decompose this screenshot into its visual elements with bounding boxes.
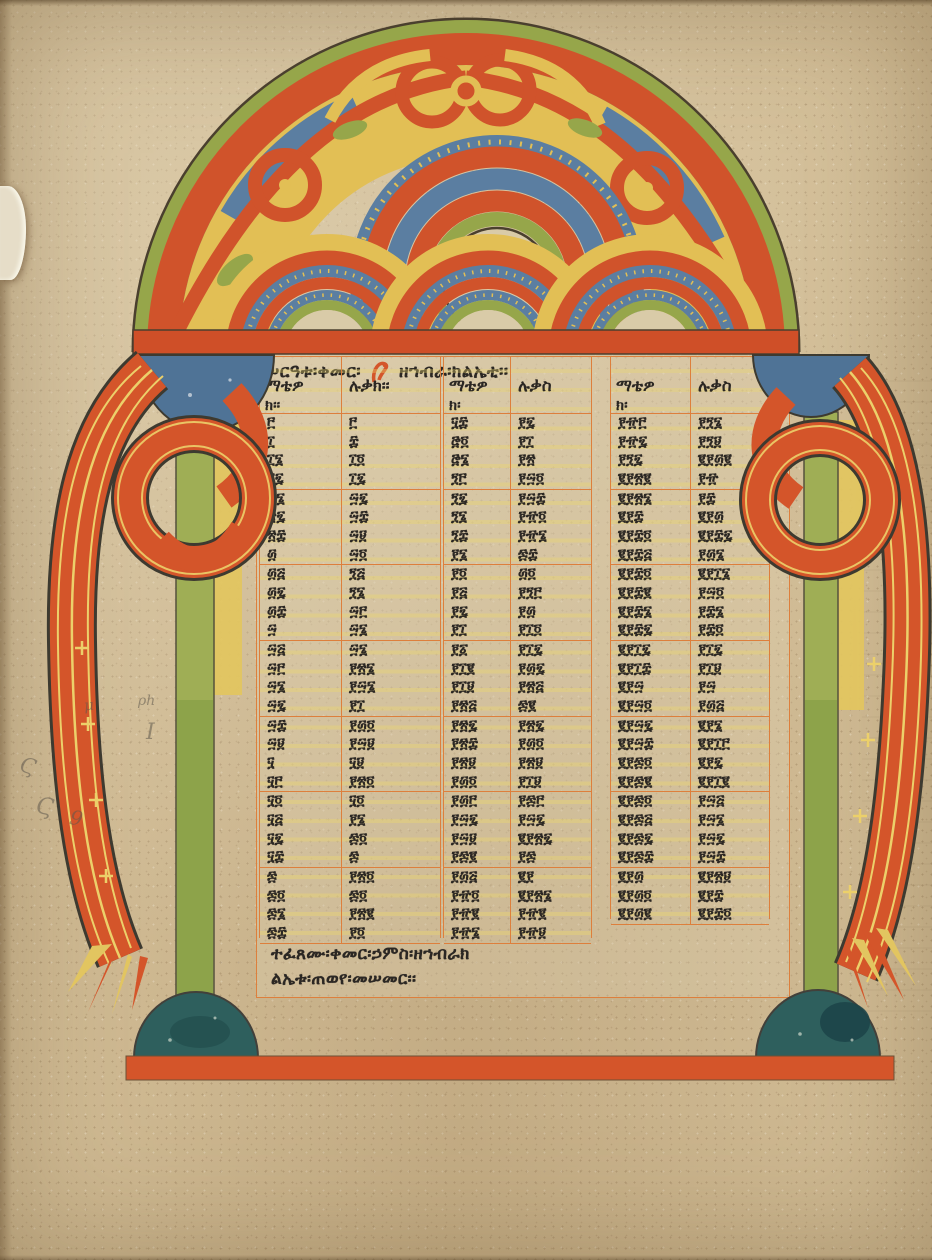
canon-row-group: ፪፻፰፬፪፻፲፮፪፻፰፪፻፵፬፪፻፰፮፻፰፮፪፻፰፯፻፰፬ [611, 565, 769, 641]
canon-row: ፻፯፻፴ [444, 603, 591, 622]
canon-cell-luke: ፻፴፬ [511, 735, 591, 754]
canon-cell-luke: ፪፻፰፯ [691, 527, 769, 546]
canon-cell-luke: ፻፲፯ [511, 641, 591, 660]
canon-cell-luke: ፷ [342, 848, 440, 867]
canon-cell-matthew: ፪፻፰፬ [611, 527, 691, 546]
canon-row: ፻፲፪፻፴፯ [444, 660, 591, 679]
canon-cell-matthew: ፶፯ [260, 830, 342, 849]
canon-cell-luke: ፻፴ [511, 603, 591, 622]
evangelist-luke-label: ሉቃክ፡፡ [342, 357, 390, 413]
canon-cell-luke: ፷፬ [342, 887, 440, 906]
canon-cell-luke: ፪፻፲፫ [691, 735, 769, 754]
canon-row: ፷፰፻፬ [260, 924, 440, 943]
canon-row-group: ፶፰፻፯፸፬፻፲፸፮፻፳፺፫፻፵፬ [444, 414, 591, 490]
canon-cell-luke: ፵፮ [342, 621, 440, 640]
canon-row-group: ፶፬፶፬፶፭፻፮፶፯፷፬፶፰፷ [260, 792, 440, 868]
canon-cell-luke: ፻፵፭ [691, 792, 769, 811]
canon-cell-matthew: ፫ [260, 414, 342, 433]
canon-row: ፺፰፻፹፮ [444, 527, 591, 546]
canon-row: ፺፫፻፵፬ [444, 470, 591, 489]
canon-cell-matthew: ፻፹፬ [444, 887, 511, 906]
canon-row: ፻፷፪፻፷ [444, 848, 591, 867]
canon-cell-matthew: ፪፻፰፭ [611, 546, 691, 565]
lintel-beam [133, 330, 799, 354]
canon-row: ፪፻፵፬፻፴፭ [611, 697, 769, 716]
canon-cell-luke: ፻፵ [691, 678, 769, 697]
canon-cell-luke: ፫ [342, 414, 440, 433]
canon-cell-matthew: ፻፹፪ [444, 905, 511, 924]
canon-row: ፪፻፵፰፪፻፲፫ [611, 735, 769, 754]
pair-1-header: ማቴዎ ክ፡፡ ሉቃክ፡፡ [260, 357, 440, 414]
evangelist-matthew-label: ማቴዎ ክ፡፡ [260, 357, 342, 413]
canon-cell-matthew: ፶፰ [260, 848, 342, 867]
colophon-line-2: ልኤቱ፡ጠወየ፡መሠመር፡፡ [271, 967, 470, 992]
evangelist-matthew-label: ማቴዎ ክ፡ [611, 357, 691, 413]
canon-cell-matthew: ፻፹፫ [611, 414, 691, 433]
pencil-marginalia: Ϛ [17, 752, 38, 779]
canon-cell-matthew: ፻፬ [444, 565, 511, 584]
canon-row: ፻፹፫፻፺፮ [611, 414, 769, 433]
canon-pair-column-1: ማቴዎ ክ፡፡ ሉቃክ፡፡ ፫፫፲፰፲፮፲፬፲፯፲፯፳፮፵፯፳፯፵፰፳፰፵፱፴፵… [259, 357, 441, 938]
canon-cell-matthew: ፺፫ [444, 470, 511, 489]
canon-row-group: ፪፻፲፯፻፲፯፪፻፲፰፻፲፱፪፻፵፻፵፪፻፵፬፻፴፭ [611, 641, 769, 717]
canon-row: ፪፻፳፮፻፰ [611, 490, 769, 509]
canon-cell-luke: ፷፬ [342, 830, 440, 849]
canon-row: ፶፯፷፬ [260, 830, 440, 849]
canon-cell-matthew: ፻፴፫ [444, 792, 511, 811]
canon-cell-matthew: ፵፭ [260, 641, 342, 660]
canon-row-group: ፻፴፫፻፷፫፻፵፯፻፵፯፻፵፱፪፻፳፯፻፷፪፻፷ [444, 792, 591, 868]
canon-row: ፵፫፻፳፮ [260, 660, 440, 679]
canon-cell-matthew: ፴፰ [260, 603, 342, 622]
canon-cell-luke: ፻፷፫ [511, 792, 591, 811]
left-capital-dome [139, 355, 274, 432]
canon-cell-matthew: ፪፻፵፬ [611, 697, 691, 716]
canon-cell-luke: ፻፹፪ [511, 905, 591, 924]
canon-row-group: ፪፻፵፯፪፻፮፪፻፵፰፪፻፲፫፪፻፷፬፪፻፯፪፻፷፪፪፻፲፪ [611, 717, 769, 793]
canon-cell-luke: ፵፯ [342, 490, 440, 509]
canon-cell-matthew: ፪፻፷፬ [611, 792, 691, 811]
canon-row: ፪፻፷፭፻፵፮ [611, 811, 769, 830]
canon-cell-luke: ፪፻ [511, 868, 591, 887]
canon-cell-matthew: ፷፰ [260, 924, 342, 943]
canon-cell-luke: ፻፳፪ [342, 905, 440, 924]
canon-row: ፪፻፷፬፻፵፭ [611, 792, 769, 811]
canon-row: ፴፵፬ [260, 546, 440, 565]
canon-cell-matthew: ፸፬ [444, 433, 511, 452]
canon-row: ፵፮፻፵፮ [260, 678, 440, 697]
canon-row: ፸፬፻፲ [444, 433, 591, 452]
canon-row: ፻፴፬፻፲፱ [444, 773, 591, 792]
canon-cell-luke: ፻፲፱ [691, 660, 769, 679]
canon-cell-luke: ፻፰፬ [691, 621, 769, 640]
canon-cell-luke: ፻፮ [342, 811, 440, 830]
canon-row: ፻፮፷፰ [444, 546, 591, 565]
canon-row: ፵፰፻፴፬ [260, 717, 440, 736]
canon-row: ፴፰፵፫ [260, 603, 440, 622]
canon-cell-matthew: ፳፯ [260, 508, 342, 527]
canon-cell-matthew: ፪፻፳፪ [611, 470, 691, 489]
canon-row: ፻፺፯፪፻፴፪ [611, 451, 769, 470]
canon-cell-luke: ፻፺፱ [691, 433, 769, 452]
canon-cell-luke: ፴፬ [511, 565, 591, 584]
canon-row: ፪፻፲፰፻፲፱ [611, 660, 769, 679]
canon-cell-luke: ፻፵፯ [511, 811, 591, 830]
canon-cell-matthew: ፪፻፵ [611, 678, 691, 697]
canon-cell-luke: ፶፱ [342, 754, 440, 773]
pair-2-header: ማቴዎ ክ፡ ሉቃስ [444, 357, 591, 414]
canon-cell-matthew: ፪፻፷፪ [611, 773, 691, 792]
canon-cell-matthew: ፺፯ [444, 490, 511, 509]
canon-cell-luke: ፶፬ [342, 792, 440, 811]
canon-row: ፲፯፲፯ [260, 470, 440, 489]
canon-cell-luke: ፻፴፬ [342, 717, 440, 736]
canon-cell-luke: ፷፰ [511, 546, 591, 565]
canon-cell-matthew: ፻፳፯ [444, 717, 511, 736]
canon-cell-matthew: ፪፻፰፯ [611, 621, 691, 640]
canon-row: ፶፫፻፳፬ [260, 773, 440, 792]
canon-row: ፻፵፯፻፵፯ [444, 811, 591, 830]
canon-row-group: ፻፳፯፻፳፯፻፳፰፻፴፬፻፳፱፻፳፱፻፴፬፻፲፱ [444, 717, 591, 793]
canon-cell-matthew: ፶፰ [444, 414, 511, 433]
canon-cell-luke: ፪፻፰፬ [691, 905, 769, 924]
pencil-marginalia: μ [83, 696, 95, 715]
canon-row: ፻፬፴፬ [444, 565, 591, 584]
evangelist-luke-label: ሉቃስ [511, 357, 552, 413]
canon-cell-luke: ፵፮ [342, 641, 440, 660]
canon-row: ፪፻፲፯፻፲፯ [611, 641, 769, 660]
canon-row-group: ፷፻፳፬፷፬፷፬፷፮፻፳፪፷፰፻፬ [260, 868, 440, 944]
canon-cell-luke: ፻፳ [511, 451, 591, 470]
canon-row: ፪፻፷፯፻፵፯ [611, 830, 769, 849]
canon-cell-matthew: ፪፻፷፯ [611, 830, 691, 849]
canon-row: ፻፴፭፪፻ [444, 868, 591, 887]
canon-cell-luke: ፪፻፰ [691, 887, 769, 906]
canon-cell-matthew: ፪፻፲፯ [611, 641, 691, 660]
canon-cell-luke: ፻፵፰ [511, 490, 591, 509]
canon-cell-luke: ፻፴፮ [691, 546, 769, 565]
canon-cell-matthew: ፻፮ [444, 546, 511, 565]
canon-cell-luke: ፲፬ [342, 451, 440, 470]
canon-row: ፳፯፵፰ [260, 508, 440, 527]
canon-cell-luke: ፪፻፳፱ [691, 868, 769, 887]
canon-cell-luke: ፻፲፱ [511, 773, 591, 792]
canon-row: ፲፮፲፬ [260, 451, 440, 470]
canon-cell-luke: ፻፹፱ [511, 924, 591, 943]
canon-cell-matthew: ፷፬ [260, 887, 342, 906]
canon-row: ፪፻፰፮፻፰፮ [611, 603, 769, 622]
canon-cell-matthew: ፻፵፯ [444, 811, 511, 830]
left-fringe-tassels [68, 944, 148, 1014]
canon-cell-matthew: ፻፭ [444, 584, 511, 603]
canon-cell-luke: ፪፻፲፪ [691, 773, 769, 792]
canon-cell-matthew: ፺፮ [444, 508, 511, 527]
canon-cell-luke: ፻፵፰ [691, 848, 769, 867]
canon-cell-matthew: ፪፻፴፬ [611, 887, 691, 906]
canon-cell-matthew: ፻፴፬ [444, 773, 511, 792]
canon-row: ፻፲፻፲፬ [444, 621, 591, 640]
canon-cell-luke: ፻፳፭ [511, 678, 591, 697]
canon-cell-matthew: ፵፰ [260, 717, 342, 736]
canon-row: ፵፵፮ [260, 621, 440, 640]
canon-cell-matthew: ፻፵፱ [444, 830, 511, 849]
canon-cell-matthew: ፶፭ [260, 811, 342, 830]
canon-cell-luke: ፪፻፴፪ [691, 451, 769, 470]
canon-row: ፪፻፰፬፪፻፰፯ [611, 527, 769, 546]
canon-cell-luke: ፪፻፯ [691, 754, 769, 773]
canon-cell-matthew: ፶ [260, 754, 342, 773]
canon-cell-luke: ፻፯ [511, 414, 591, 433]
canon-row: ፻፳፯፻፳፯ [444, 717, 591, 736]
canon-pair-column-3: ማቴዎ ክ፡ ሉቃስ ፻፹፫፻፺፮፻፹፯፻፺፱፻፺፯፪፻፴፪፪፻፳፪፻፹፪፻፳፮… [610, 357, 770, 919]
canon-row: ፴፯፺፮ [260, 584, 440, 603]
evangelist-matthew-label: ማቴዎ ክ፡ [444, 357, 511, 413]
canon-row-group: ፵፰፻፴፬፵፱፻፵፱፶፶፱፶፫፻፳፬ [260, 717, 440, 793]
canon-cell-matthew: ፵፱ [260, 735, 342, 754]
canon-cell-matthew: ፲፮ [260, 451, 342, 470]
canon-cell-matthew: ፻፯ [444, 603, 511, 622]
canon-row: ፷፮፻፳፪ [260, 905, 440, 924]
canon-row: ፪፻፰፯፻፰፬ [611, 621, 769, 640]
canon-cell-luke: ፻፵፮ [691, 811, 769, 830]
canon-cell-luke: ፪፻፮ [691, 717, 769, 736]
canon-cell-luke: ፻፳፬ [342, 773, 440, 792]
canon-cell-matthew: ፪፻፴ [611, 868, 691, 887]
canon-row: ፻፳፭፷፪ [444, 697, 591, 716]
canon-row: ፻፳፰፻፴፬ [444, 735, 591, 754]
canon-cell-matthew: ፻፳፱ [444, 754, 511, 773]
canon-cell-luke: ፻፹፬ [511, 508, 591, 527]
canon-cell-luke: ፻፬ [342, 924, 440, 943]
canon-cell-matthew: ፪፻፰፪ [611, 584, 691, 603]
canon-cell-luke: ፻፲ [511, 433, 591, 452]
canon-cell-luke: ፺፮ [342, 584, 440, 603]
canon-cell-matthew: ፻፲ [444, 621, 511, 640]
canon-cell-luke: ፻፳፯ [511, 717, 591, 736]
canon-cell-matthew: ፸፮ [444, 451, 511, 470]
canon-cell-luke: ፻፷ [511, 848, 591, 867]
canon-cell-matthew: ፻፩ [444, 641, 511, 660]
canon-cell-luke: ፪፻፲፮ [691, 565, 769, 584]
canon-row-group: ፴፭፺፭፴፯፺፮፴፰፵፫፵፵፮ [260, 565, 440, 641]
canon-row: ፵፱፻፵፱ [260, 735, 440, 754]
manuscript-page: ሠርዓቱ፡ቀመር፡ ዘኀብራ፡ክልኤቲ፡፡ ማቴዎ ክ፡፡ ሉቃክ፡፡ ፫፫፲፰… [0, 0, 932, 1260]
pencil-marginalia: Ⅰ [146, 720, 155, 745]
canon-cell-matthew: ፻፹፯ [611, 433, 691, 452]
canon-row: ፵፭፵፮ [260, 641, 440, 660]
canon-cell-matthew: ፪፻፵፯ [611, 717, 691, 736]
canon-cell-matthew: ፵ [260, 621, 342, 640]
canon-cell-luke: ፻፴፭ [691, 697, 769, 716]
canon-row: ፳፰፵፱ [260, 527, 440, 546]
canon-row: ፲፰ [260, 433, 440, 452]
canon-row-group: ፳፮፵፯፳፯፵፰፳፰፵፱፴፵፬ [260, 490, 440, 566]
canon-cell-matthew: ፶፫ [260, 773, 342, 792]
canon-cell-luke: ፻፵፯ [691, 830, 769, 849]
pair-1-body: ፫፫፲፰፲፮፲፬፲፯፲፯፳፮፵፯፳፯፵፰፳፰፵፱፴፵፬፴፭፺፭፴፯፺፮፴፰፵፫፵… [260, 414, 440, 944]
canon-row: ፪፻፷፰፻፵፰ [611, 848, 769, 867]
canon-row: ፪፻፰፪፻፴ [611, 508, 769, 527]
canon-row: ፺፮፻፹፬ [444, 508, 591, 527]
canon-row: ፪፻፰፪፻፵፬ [611, 584, 769, 603]
canon-row: ፸፮፻፳ [444, 451, 591, 470]
canon-cell-matthew: ፪፻፴፪ [611, 905, 691, 924]
canon-cell-matthew: ፻፲፱ [444, 678, 511, 697]
canon-cell-luke: ፻፴፯ [511, 660, 591, 679]
canon-cell-matthew: ፻፳፭ [444, 697, 511, 716]
canon-cell-luke: ፻፵፬ [691, 584, 769, 603]
pair-3-header: ማቴዎ ክ፡ ሉቃስ [611, 357, 769, 414]
canon-cell-luke: ፰ [342, 433, 440, 452]
canon-cell-matthew: ፵፯ [260, 697, 342, 716]
canon-row: ፻፴፫፻፷፫ [444, 792, 591, 811]
canon-row: ፻፳፱፻፳፱ [444, 754, 591, 773]
canon-cell-matthew: ፪፻፵፰ [611, 735, 691, 754]
canon-cell-luke: ፻፳፬ [342, 868, 440, 887]
canon-cell-matthew: ፪፻፰ [611, 508, 691, 527]
canon-cell-matthew: ፪፻፳፮ [611, 490, 691, 509]
canon-cell-luke: ፻፺፮ [691, 414, 769, 433]
canon-row: ፪፻፰፭፻፴፮ [611, 546, 769, 565]
canon-cell-matthew: ፪፻፷፬ [611, 754, 691, 773]
canon-cell-matthew: ፻፺፯ [611, 451, 691, 470]
canon-row: ፻፲፱፻፳፭ [444, 678, 591, 697]
canon-row: ፳፮፵፯ [260, 490, 440, 509]
canon-cell-luke: ፻፵፬ [511, 470, 591, 489]
canon-row: ፪፻፳፪፻፹ [611, 470, 769, 489]
canon-cell-luke: ፷፪ [511, 697, 591, 716]
canon-row: ፪፻፰፬፪፻፲፮ [611, 565, 769, 584]
canon-cell-luke: ፲፯ [342, 470, 440, 489]
canon-row: ፻፩፻፲፯ [444, 641, 591, 660]
canon-row-group: ፺፯፻፵፰፺፮፻፹፬፺፰፻፹፮፻፮፷፰ [444, 490, 591, 566]
canon-cell-luke: ፻፹፮ [511, 527, 591, 546]
pair-2-body: ፶፰፻፯፸፬፻፲፸፮፻፳፺፫፻፵፬፺፯፻፵፰፺፮፻፹፬፺፰፻፹፮፻፮፷፰፻፬፴፬… [444, 414, 591, 944]
canon-cell-luke: ፻፰፮ [691, 603, 769, 622]
canon-row: ፻፭፻፺፫ [444, 584, 591, 603]
canon-cell-matthew: ፶፬ [260, 792, 342, 811]
canon-cell-matthew: ፵፮ [260, 678, 342, 697]
canon-row: ፻፹፪፻፹፪ [444, 905, 591, 924]
canon-cell-luke: ፻፳፱ [511, 754, 591, 773]
canon-cell-matthew: ፪፻፷፰ [611, 848, 691, 867]
canon-cell-matthew: ፪፻፰፬ [611, 565, 691, 584]
canon-row-group: ፪፻፴፪፻፳፱፪፻፴፬፪፻፰፪፻፴፪፪፻፰፬ [611, 868, 769, 925]
pencil-marginalia: 9 [68, 805, 85, 831]
pencil-marginalia: Ϛ [34, 793, 55, 821]
canon-row: ፪፻፷፪፪፻፲፪ [611, 773, 769, 792]
canon-row: ፷፬፷፬ [260, 887, 440, 906]
canon-cell-matthew: ፻፲፪ [444, 660, 511, 679]
canon-row-group: ፫፫፲፰፲፮፲፬፲፯፲፯ [260, 414, 440, 490]
canon-cell-luke: ፻፺፫ [511, 584, 591, 603]
canon-cell-matthew: ፻፹፮ [444, 924, 511, 943]
colophon: ተፈጸሙ፡ቀመር፡ኃምስ፡ዘኀብራክ ልኤቱ፡ጠወየ፡መሠመር፡፡ [271, 942, 470, 992]
canon-row-group: ፻፩፻፲፯፻፲፪፻፴፯፻፲፱፻፳፭፻፳፭፷፪ [444, 641, 591, 717]
canon-cell-matthew: ፲፯ [260, 470, 342, 489]
canon-cell-luke: ፻፲፬ [511, 621, 591, 640]
canon-row: ፶፶፱ [260, 754, 440, 773]
canon-row-group: ፪፻፳፮፻፰፪፻፰፪፻፴፪፻፰፬፪፻፰፯፪፻፰፭፻፴፮ [611, 490, 769, 566]
canon-cell-luke: ፪፻፳፮ [511, 887, 591, 906]
ink-showthrough [862, 380, 932, 1020]
canon-row: ፶፰፷ [260, 848, 440, 867]
canon-cell-matthew: ፷ [260, 868, 342, 887]
canon-row: ፷፻፳፬ [260, 868, 440, 887]
canon-row: ፫፫ [260, 414, 440, 433]
canon-cell-luke: ፻፰ [691, 490, 769, 509]
canon-cell-matthew: ፴፯ [260, 584, 342, 603]
canon-cell-luke: ፻፲ [342, 697, 440, 716]
canon-cell-matthew: ፻፴፭ [444, 868, 511, 887]
canon-row: ፻፹፬፪፻፳፮ [444, 887, 591, 906]
canon-cell-matthew: ፺፰ [444, 527, 511, 546]
canon-table-frame: ሠርዓቱ፡ቀመር፡ ዘኀብራ፡ክልኤቲ፡፡ ማቴዎ ክ፡፡ ሉቃክ፡፡ ፫፫፲፰… [256, 356, 790, 998]
canon-row: ፴፭፺፭ [260, 565, 440, 584]
left-base-dome [134, 992, 258, 1058]
canon-cell-luke: ፻፵፮ [342, 678, 440, 697]
canon-cell-luke: ፪፻፴ [691, 508, 769, 527]
canon-cell-matthew: ፳፰ [260, 527, 342, 546]
canon-cell-luke: ፻፵፱ [342, 735, 440, 754]
canon-cell-luke: ፵፰ [342, 508, 440, 527]
colophon-line-1: ተፈጸሙ፡ቀመር፡ኃምስ፡ዘኀብራክ [271, 942, 470, 967]
canon-row-group: ፻፴፭፪፻፻፹፬፪፻፳፮፻፹፪፻፹፪፻፹፮፻፹፱ [444, 868, 591, 944]
canon-cell-matthew: ፻፷፪ [444, 848, 511, 867]
canon-row: ፪፻፴፬፪፻፰ [611, 887, 769, 906]
canon-cell-matthew: ፴ [260, 546, 342, 565]
canon-cell-luke: ፻፹ [691, 470, 769, 489]
canon-cell-matthew: ፻፳፰ [444, 735, 511, 754]
canon-row: ፶፬፶፬ [260, 792, 440, 811]
canon-cell-matthew: ፪፻፷፭ [611, 811, 691, 830]
canon-row: ፪፻፵፻፵ [611, 678, 769, 697]
canon-row-group: ፪፻፷፬፻፵፭፪፻፷፭፻፵፮፪፻፷፯፻፵፯፪፻፷፰፻፵፰ [611, 792, 769, 868]
evangelist-luke-label: ሉቃስ [691, 357, 732, 413]
canon-cell-matthew: ፪፻፲፰ [611, 660, 691, 679]
canon-row: ፻፹፮፻፹፱ [444, 924, 591, 943]
canon-pair-column-2: ማቴዎ ክ፡ ሉቃስ ፶፰፻፯፸፬፻፲፸፮፻፳፺፫፻፵፬፺፯፻፵፰፺፮፻፹፬፺፰… [443, 357, 592, 938]
canon-cell-luke: ፻፳፮ [342, 660, 440, 679]
canon-cell-matthew: ፪፻፰፮ [611, 603, 691, 622]
canon-cell-matthew: ፴፭ [260, 565, 342, 584]
canon-row: ፺፯፻፵፰ [444, 490, 591, 509]
canon-row: ፪፻፷፬፪፻፯ [611, 754, 769, 773]
canon-row: ፻፹፯፻፺፱ [611, 433, 769, 452]
canon-cell-luke: ፵፬ [342, 546, 440, 565]
canon-cell-matthew: ፵፫ [260, 660, 342, 679]
torn-parchment-patch [0, 186, 26, 280]
canon-row: ፻፵፱፪፻፳፯ [444, 830, 591, 849]
pencil-marginalia: ρh [138, 693, 155, 709]
canon-cell-matthew: ፷፮ [260, 905, 342, 924]
baseline-bar [126, 1056, 894, 1080]
canon-cell-luke: ፪፻፳፯ [511, 830, 591, 849]
canon-cell-luke: ፺፭ [342, 565, 440, 584]
canon-row: ፶፭፻፮ [260, 811, 440, 830]
canon-cell-matthew: ፳፮ [260, 490, 342, 509]
canon-row-group: ፻፬፴፬፻፭፻፺፫፻፯፻፴፻፲፻፲፬ [444, 565, 591, 641]
canon-cell-matthew: ፲ [260, 433, 342, 452]
canon-row: ፶፰፻፯ [444, 414, 591, 433]
canon-row: ፪፻፵፯፪፻፮ [611, 717, 769, 736]
canon-row: ፪፻፴፪፻፳፱ [611, 868, 769, 887]
canon-row-group: ፵፭፵፮፵፫፻፳፮፵፮፻፵፮፵፯፻፲ [260, 641, 440, 717]
canon-row: ፪፻፴፪፪፻፰፬ [611, 905, 769, 924]
canon-row: ፵፯፻፲ [260, 697, 440, 716]
canon-cell-luke: ፵፫ [342, 603, 440, 622]
canon-row-group: ፻፹፫፻፺፮፻፹፯፻፺፱፻፺፯፪፻፴፪፪፻፳፪፻፹ [611, 414, 769, 490]
